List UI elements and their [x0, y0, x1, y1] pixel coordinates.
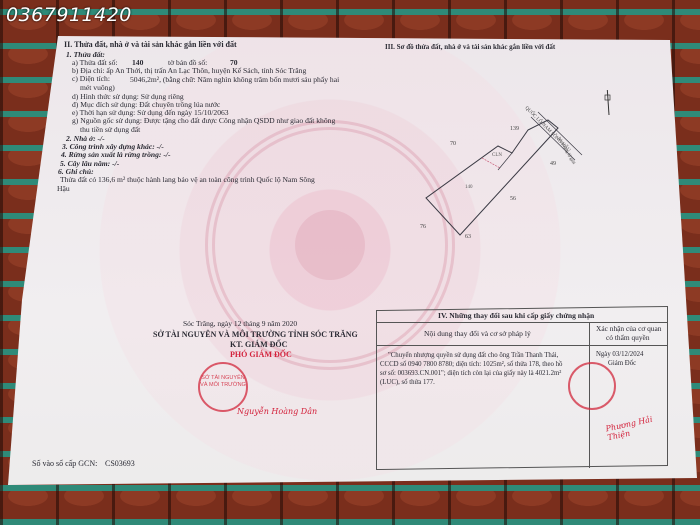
notes-text-cont: Hậu	[57, 184, 70, 194]
section3-title: III. Sơ đồ thửa đất, nhà ở và tài sản kh…	[385, 43, 555, 53]
notes-text: Thửa đất có 136,6 m² thuộc hành lang bảo…	[60, 175, 315, 185]
seal-text: SỞ TÀI NGUYÊN VÀ MÔI TRƯỜNG	[200, 375, 246, 388]
neighbor-139: 139	[510, 126, 519, 132]
table-divider	[376, 322, 668, 323]
neighbor-70: 70	[450, 141, 456, 147]
phone-number-overlay: 0367911420	[6, 4, 132, 26]
confirm-seal	[568, 362, 616, 410]
neighbor-63: 63	[465, 234, 471, 240]
registry-label: Số vào sổ cấp GCN:	[32, 459, 97, 469]
official-seal: SỞ TÀI NGUYÊN VÀ MÔI TRƯỜNG	[198, 362, 248, 412]
signer-role-deputy: PHÓ GIÁM ĐỐC	[230, 350, 292, 360]
changes-table: IV. Những thay đổi sau khi cấp giấy chứn…	[376, 308, 668, 468]
issuing-agency: SỞ TÀI NGUYÊN VÀ MÔI TRƯỜNG TỈNH SÓC TRĂ…	[153, 330, 358, 340]
parcel-diagram: QUỐC LỘ NAM SÔNG HẬU hành lang lộ giới 1…	[400, 90, 620, 250]
col1-header: Nội dung thay đổi và cơ sở pháp lý	[424, 329, 531, 339]
section4-title: IV. Những thay đổi sau khi cấp giấy chứn…	[438, 311, 594, 321]
neighbor-56: 56	[510, 196, 516, 202]
parcel-label: 140	[465, 185, 473, 190]
place-date: Sóc Trăng, ngày 12 tháng 9 năm 2020	[183, 319, 297, 329]
neighbor-76: 76	[420, 224, 426, 230]
change-content-line: (LUC), số thửa 177.	[380, 378, 435, 388]
section2-title: II. Thửa đất, nhà ở và tài sản khác gắn …	[64, 40, 237, 50]
col2-header-line2: có thẩm quyền	[606, 333, 650, 343]
table-divider	[376, 345, 668, 346]
confirm-role: Giám Đốc	[608, 359, 636, 369]
registry-value: CS03693	[105, 459, 135, 469]
signer-name: Nguyễn Hoàng Dân	[237, 407, 317, 416]
area-value: 5046,2m², (bằng chữ: Năm nghìn không tră…	[130, 75, 339, 85]
sub-parcel-label: CLN	[492, 153, 502, 158]
neighbor-49: 49	[550, 161, 556, 167]
signer-role: KT. GIÁM ĐỐC	[230, 340, 287, 350]
